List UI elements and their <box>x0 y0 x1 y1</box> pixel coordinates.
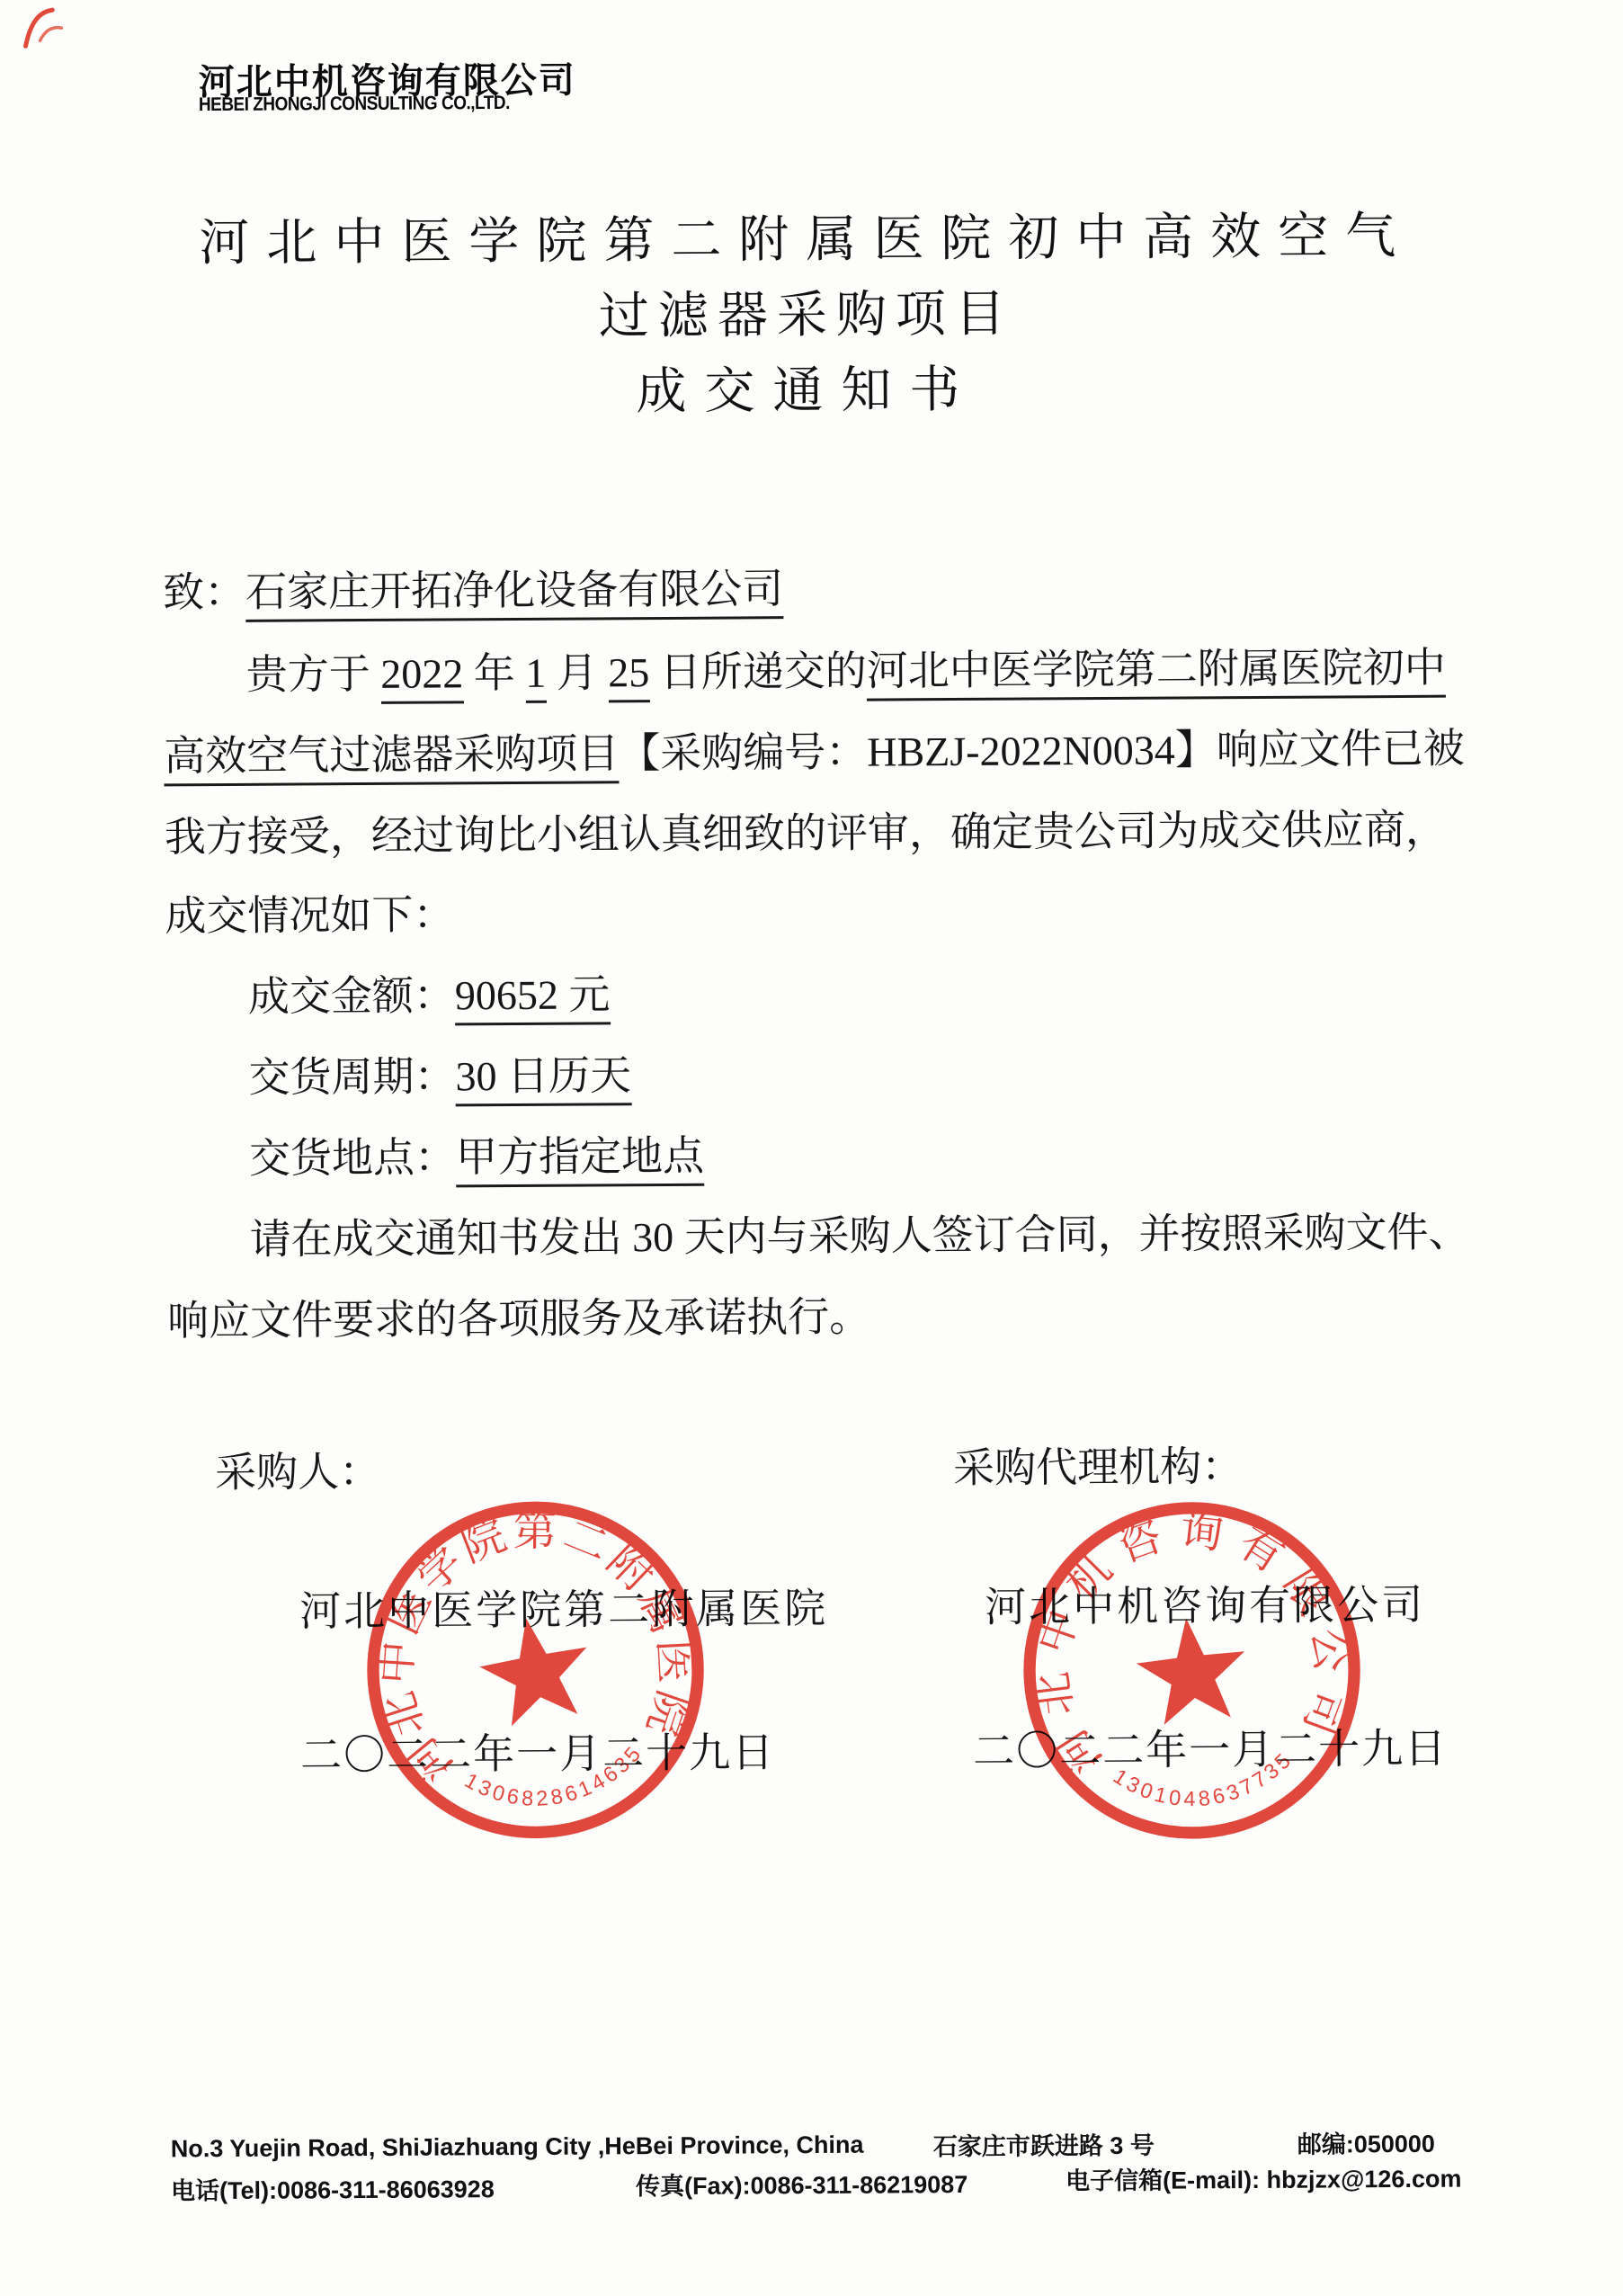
body-text-segment: 日所递交的 <box>649 648 867 695</box>
footer-fax: 传真(Fax):0086-311-86219087 <box>636 2165 968 2202</box>
to-label: 致： <box>163 569 245 616</box>
amount-label: 成交金额： <box>248 972 455 1019</box>
stamp-star <box>473 1609 599 1730</box>
project-name-part2: 高效空气过滤器采购项目 <box>164 730 619 786</box>
supplier-name: 石家庄开拓净化设备有限公司 <box>245 566 783 622</box>
submit-year: 2022 <box>380 650 463 704</box>
body-line-p2l2: 响应文件要求的各项服务及承诺执行。 <box>167 1284 870 1348</box>
buyer-stamp: 河北中医学院第二附属医院 1306828614635 <box>326 1461 745 1879</box>
place-label: 交货地点： <box>249 1134 456 1181</box>
footer-postcode: 邮编:050000 <box>1298 2124 1435 2160</box>
document-page: 河北中机咨询有限公司 HEBEI ZHONGJI CONSULTING CO.,… <box>0 0 1623 2296</box>
stamp-star <box>1132 1613 1252 1728</box>
body-line-p1l1: 贵方于 2022 年 1 月 25 日所递交的河北中医学院第二附属医院初中 <box>246 635 1446 701</box>
body-line-p1l4: 成交情况如下： <box>165 881 454 943</box>
body-text-segment: 月 <box>546 649 608 695</box>
period-label: 交货周期： <box>248 1053 455 1100</box>
body-line-to: 致：石家庄开拓净化设备有限公司 <box>163 556 783 619</box>
document-title-line1: 河北中医学院第二附属医院初中高效空气 <box>0 195 1618 277</box>
footer-address-cn: 石家庄市跃进路 3 号 <box>933 2126 1155 2163</box>
body-line-amount: 成交金额：90652 元 <box>248 961 611 1023</box>
submit-day: 25 <box>608 649 649 702</box>
agency-stamp: 河北中机咨询有限公司 1301048637735 <box>994 1472 1391 1870</box>
body-line-p2l1: 请在成交通知书发出 30 天内与采购人签订合同，并按照采购文件、 <box>249 1200 1469 1266</box>
body-text-segment: 年 <box>463 650 525 696</box>
procurement-number-text: 【采购编号：HBZJ-2022N0034】响应文件已被 <box>619 726 1465 777</box>
body-line-p1l2: 高效空气过滤器采购项目【采购编号：HBZJ-2022N0034】响应文件已被 <box>164 716 1465 783</box>
footer-address-en: No.3 Yuejin Road, ShiJiazhuang City ,HeB… <box>171 2131 864 2164</box>
agency-label: 采购代理机构： <box>953 1434 1243 1495</box>
footer-email: 电子信箱(E-mail): hbzjzx@126.com <box>1066 2159 1462 2197</box>
buyer-label: 采购人： <box>215 1439 380 1499</box>
footer-tel: 电话(Tel):0086-311-86063928 <box>171 2169 495 2206</box>
place-value: 甲方指定地点 <box>456 1133 704 1188</box>
scan-content: 河北中机咨询有限公司 HEBEI ZHONGJI CONSULTING CO.,… <box>0 0 1623 2296</box>
period-value: 30 日历天 <box>455 1052 631 1106</box>
amount-value: 90652 元 <box>455 971 611 1025</box>
document-title-line2: 过滤器采购项目 <box>0 271 1619 353</box>
red-pen-mark <box>13 4 76 58</box>
project-name-part1: 河北中医学院第二附属医院初中 <box>867 645 1446 701</box>
pen-stroke-2 <box>40 28 61 41</box>
letterhead-company-name-en: HEBEI ZHONGJI CONSULTING CO.,LTD. <box>199 93 510 117</box>
body-line-p1l3: 我方接受，经过询比小组认真细致的评审，确定贵公司为成交供应商， <box>165 797 1447 864</box>
body-line-place: 交货地点：甲方指定地点 <box>249 1123 704 1185</box>
document-title-line3: 成交通知书 <box>0 346 1619 428</box>
body-line-period: 交货周期：30 日历天 <box>248 1042 631 1104</box>
submit-month: 1 <box>525 650 546 703</box>
body-text-segment: 贵方于 <box>246 651 381 698</box>
